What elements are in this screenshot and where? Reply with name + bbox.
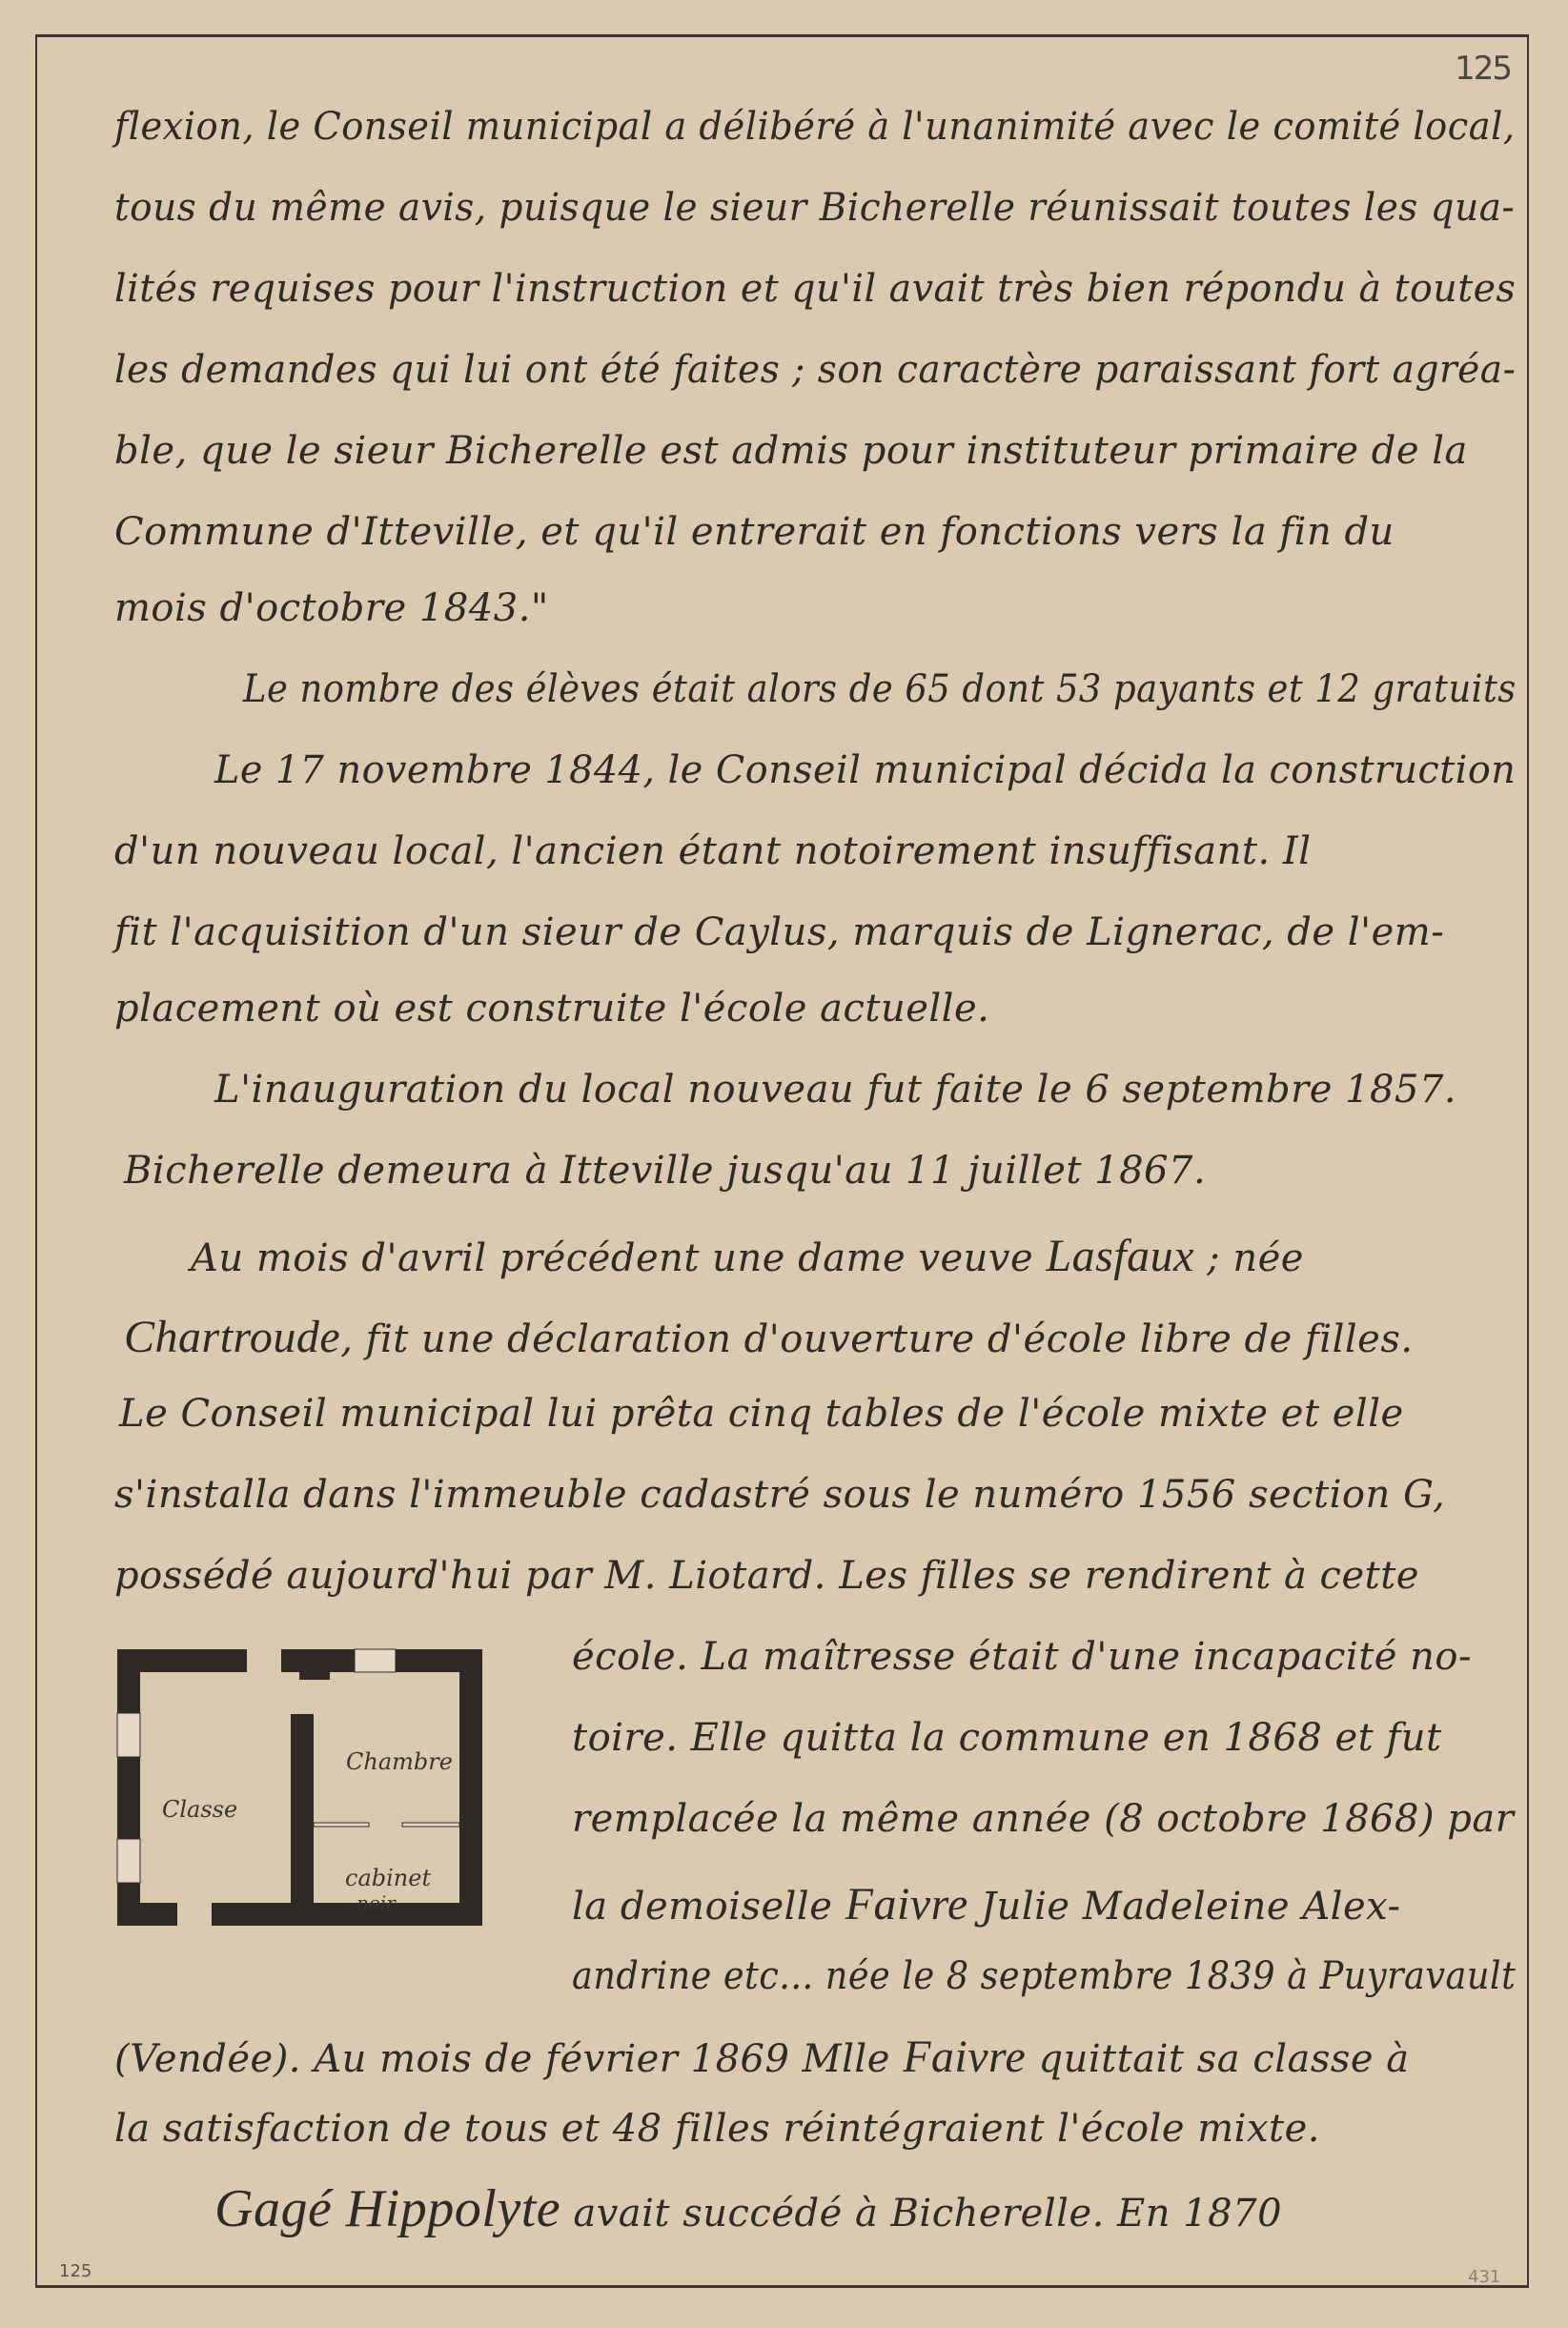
text-span: , fit une déclaration d'ouverture d'écol… [340,1317,1413,1361]
text-line: Le Conseil municipal lui prêta cinq tabl… [119,1392,1404,1436]
name-gage-hippolyte: Gagé Hippolyte [214,2179,560,2238]
text-line: fit l'acquisition d'un sieur de Caylus, … [114,910,1444,954]
text-line: Bicherelle demeura à Itteville jusqu'au … [124,1149,1206,1193]
text-line: toire. Elle quitta la commune en 1868 et… [572,1716,1442,1760]
text-line: remplacée la même année (8 octobre 1868)… [572,1797,1514,1841]
text-span: la demoiselle [572,1885,832,1929]
floor-plan-diagram: Classe Chambre cabinet noir [112,1644,484,1945]
corner-mark-left: 125 [59,2261,92,2281]
room-label-chambre: Chambre [346,1748,453,1775]
text-line: andrine etc... née le 8 septembre 1839 à… [572,1954,1516,1998]
text-line: Chartroude, fit une déclaration d'ouvert… [124,1311,1414,1363]
text-span: Julie Madeleine Alex- [981,1885,1400,1929]
floor-plan-drawing [112,1644,484,1945]
text-line: la satisfaction de tous et 48 filles réi… [114,2107,1320,2151]
text-line: Gagé Hippolyte avait succédé à Bicherell… [214,2178,1282,2239]
text-line: la demoiselle Faivre Julie Madeleine Ale… [572,1878,1401,1930]
room-label-noir: noir [356,1891,396,1914]
text-span: avait succédé à Bicherelle. En 1870 [573,2192,1282,2236]
name-lasfaux: Lasfaux [1046,1231,1194,1281]
room-label-cabinet: cabinet [345,1865,431,1891]
text-span: quittait sa classe à [1038,2037,1409,2081]
corner-mark-right: 431 [1468,2267,1500,2287]
name-faivre: Faivre [845,1879,968,1930]
text-line: Le 17 novembre 1844, le Conseil municipa… [214,748,1516,792]
text-span: Au mois d'avril précédent une dame veuve [191,1236,1033,1280]
text-line: tous du même avis, puisque le sieur Bich… [114,186,1515,230]
name-faivre-2: Faivre [903,2032,1026,2082]
text-line: Commune d'Itteville, et qu'il entrerait … [114,510,1395,554]
text-line: s'installa dans l'immeuble cadastré sous… [114,1473,1445,1517]
text-line: flexion, le Conseil municipal a délibéré… [114,105,1516,149]
text-line: ble, que le sieur Bicherelle est admis p… [114,429,1468,473]
room-label-classe: Classe [162,1796,237,1823]
text-line: Au mois d'avril précédent une dame veuve… [191,1230,1304,1282]
text-line: les demandes qui lui ont été faites ; so… [114,348,1516,392]
text-line: (Vendée). Au mois de février 1869 Mlle F… [114,2031,1410,2083]
text-span: (Vendée). Au mois de février 1869 Mlle [114,2037,890,2081]
text-line: possédé aujourd'hui par M. Liotard. Les … [114,1554,1419,1598]
name-chartroude: Chartroude [124,1312,340,1362]
text-line: L'inauguration du local nouveau fut fait… [214,1068,1456,1112]
text-line: Le nombre des élèves était alors de 65 d… [243,667,1517,711]
text-line: lités requises pour l'instruction et qu'… [114,267,1516,311]
text-line: école. La maîtresse était d'une incapaci… [572,1635,1472,1679]
text-line: mois d'octobre 1843." [114,586,549,630]
text-line: d'un nouveau local, l'ancien étant notoi… [114,829,1312,873]
text-line: placement où est construite l'école actu… [114,987,989,1031]
page-number: 125 [1455,50,1511,88]
text-span: ; née [1207,1236,1304,1280]
